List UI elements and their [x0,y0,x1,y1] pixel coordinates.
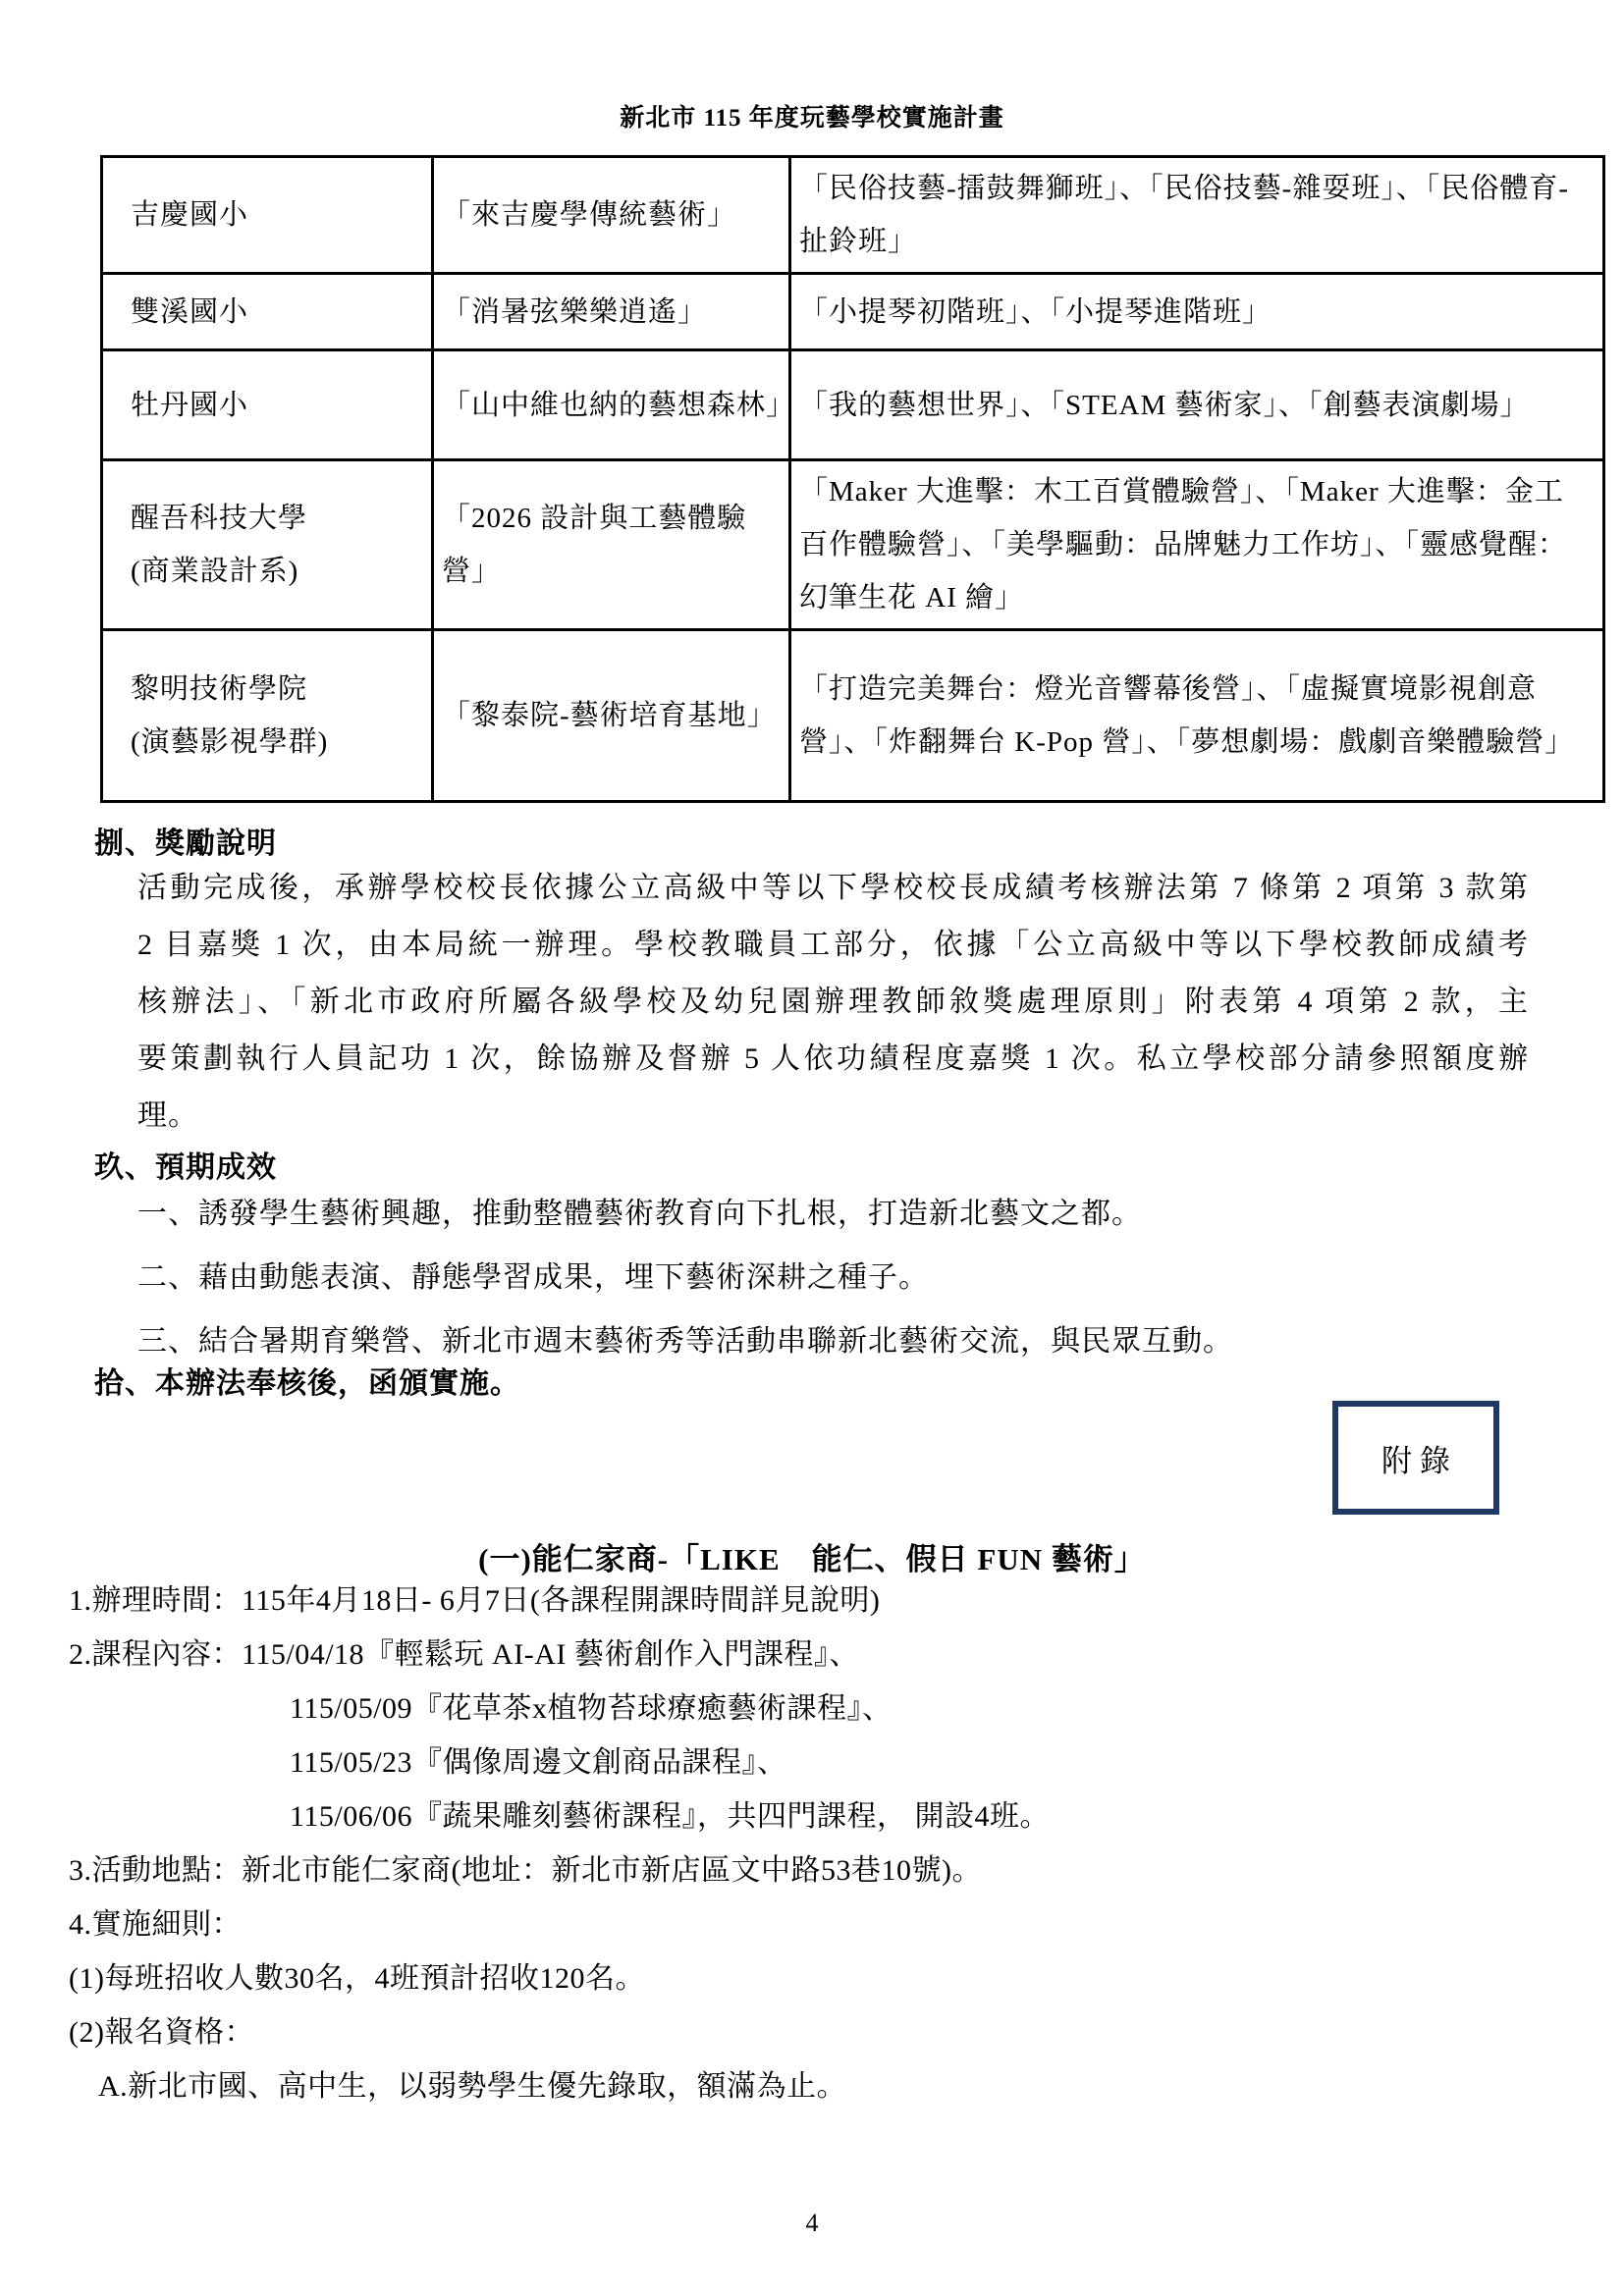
classes-cell: 「打造完美舞台：燈光音響幕後營」、「虛擬實境影視創意營」、「炸翻舞台 K-Pop… [790,630,1604,802]
table-row: 牡丹國小 「山中維也納的藝想森林」 「我的藝想世界」、「STEAM 藝術家」、「… [102,350,1604,460]
school-name: 雙溪國小 [131,286,425,339]
appendix-line: (1)每班招收人數30名，4班預計招收120名。 [0,1951,1624,2005]
school-cell: 牡丹國小 [102,350,433,460]
classes-cell: 「我的藝想世界」、「STEAM 藝術家」、「創藝表演劇場」 [790,350,1604,460]
award-body-line: 2 目嘉獎 1 次，由本局統一辦理。學校教職員工部分，依據「公立高級中等以下學校… [137,917,1529,974]
program-cell: 「來吉慶學傳統藝術」 [433,157,790,274]
school-note: (演藝影視學群) [131,716,425,769]
appendix-line: A.新北市國、高中生，以弱勢學生優先錄取，額滿為止。 [0,2059,1624,2113]
table-row: 吉慶國小 「來吉慶學傳統藝術」 「民俗技藝-擂鼓舞獅班」、「民俗技藝-雜耍班」、… [102,157,1604,274]
appendix-line: 115/05/09『花草茶x植物苔球療癒藝術課程』、 [0,1682,1624,1735]
outcome-item: 二、藉由動態表演、靜態學習成果，埋下藝術深耕之種子。 [137,1246,1571,1309]
program-table: 吉慶國小 「來吉慶學傳統藝術」 「民俗技藝-擂鼓舞獅班」、「民俗技藝-雜耍班」、… [100,155,1605,803]
table-row: 雙溪國小 「消暑弦樂樂逍遙」 「小提琴初階班」、「小提琴進階班」 [102,274,1604,350]
page-number: 4 [0,2209,1624,2238]
outcome-item: 一、誘發學生藝術興趣，推動整體藝術教育向下扎根，打造新北藝文之都。 [137,1182,1571,1246]
section-heading-approval: 拾、本辦法奉核後，函頒實施。 [94,1366,520,1402]
appendix-line: 3.活動地點：新北市能仁家商(地址：新北市新店區文中路53巷10號)。 [0,1843,1624,1897]
program-cell: 「山中維也納的藝想森林」 [433,350,790,460]
appendix-box-label: 附錄 [1374,1436,1458,1480]
appendix-heading: (一)能仁家商-「LIKE 能仁、假日 FUN 藝術」 [0,1534,1624,1578]
appendix-line: 115/06/06『蔬果雕刻藝術課程』，共四門課程， 開設4班。 [0,1789,1624,1843]
appendix-line: 115/05/23『偶像周邊文創商品課程』、 [0,1735,1624,1789]
school-cell: 黎明技術學院 (演藝影視學群) [102,630,433,802]
classes-cell: 「民俗技藝-擂鼓舞獅班」、「民俗技藝-雜耍班」、「民俗體育-扯鈴班」 [790,157,1604,274]
table-row: 醒吾科技大學 (商業設計系) 「2026 設計與工藝體驗營」 「Maker 大進… [102,460,1604,630]
award-body-line: 活動完成後，承辦學校校長依據公立高級中等以下學校校長成績考核辦法第 7 條第 2… [137,860,1529,917]
award-body-line: 理。 [137,1088,1529,1145]
school-name: 牡丹國小 [131,379,425,432]
document-page: 新北市 115 年度玩藝學校實施計畫 吉慶國小 「來吉慶學傳統藝術」 「民俗技藝… [0,0,1624,2296]
section-heading-award: 捌、獎勵說明 [94,827,277,862]
school-name: 黎明技術學院 [131,663,425,716]
school-note: (商業設計系) [131,545,425,598]
school-name: 吉慶國小 [131,188,425,241]
program-cell: 「2026 設計與工藝體驗營」 [433,460,790,630]
award-body-line: 核辦法」、「新北市政府所屬各級學校及幼兒園辦理教師敘獎處理原則」附表第 4 項第… [137,974,1529,1031]
school-cell: 醒吾科技大學 (商業設計系) [102,460,433,630]
program-cell: 「消暑弦樂樂逍遙」 [433,274,790,350]
appendix-line: 4.實施細則： [0,1897,1624,1951]
outcome-item: 三、結合暑期育樂營、新北市週末藝術秀等活動串聯新北藝術交流，與民眾互動。 [137,1309,1571,1373]
table-row: 黎明技術學院 (演藝影視學群) 「黎泰院-藝術培育基地」 「打造完美舞台：燈光音… [102,630,1604,802]
appendix-line: (2)報名資格： [0,2005,1624,2059]
appendix-detail-lines: 1.辦理時間：115年4月18日- 6月7日(各課程開課時間詳見說明) 2.課程… [0,1574,1624,2113]
outcome-list: 一、誘發學生藝術興趣，推動整體藝術教育向下扎根，打造新北藝文之都。 二、藉由動態… [137,1182,1571,1373]
classes-cell: 「小提琴初階班」、「小提琴進階班」 [790,274,1604,350]
school-cell: 吉慶國小 [102,157,433,274]
school-cell: 雙溪國小 [102,274,433,350]
appendix-box: 附錄 [1332,1401,1499,1515]
classes-cell: 「Maker 大進擊：木工百賞體驗營」、「Maker 大進擊：金工百作體驗營」、… [790,460,1604,630]
page-title: 新北市 115 年度玩藝學校實施計畫 [0,98,1624,133]
award-body: 活動完成後，承辦學校校長依據公立高級中等以下學校校長成績考核辦法第 7 條第 2… [137,860,1529,1145]
award-body-line: 要策劃執行人員記功 1 次，餘協辦及督辦 5 人依功績程度嘉獎 1 次。私立學校… [137,1031,1529,1088]
school-name: 醒吾科技大學 [131,492,425,545]
program-cell: 「黎泰院-藝術培育基地」 [433,630,790,802]
section-heading-outcomes: 玖、預期成效 [94,1150,277,1186]
appendix-line: 2.課程內容：115/04/18『輕鬆玩 AI-AI 藝術創作入門課程』、 [0,1628,1624,1682]
appendix-line: 1.辦理時間：115年4月18日- 6月7日(各課程開課時間詳見說明) [0,1574,1624,1628]
